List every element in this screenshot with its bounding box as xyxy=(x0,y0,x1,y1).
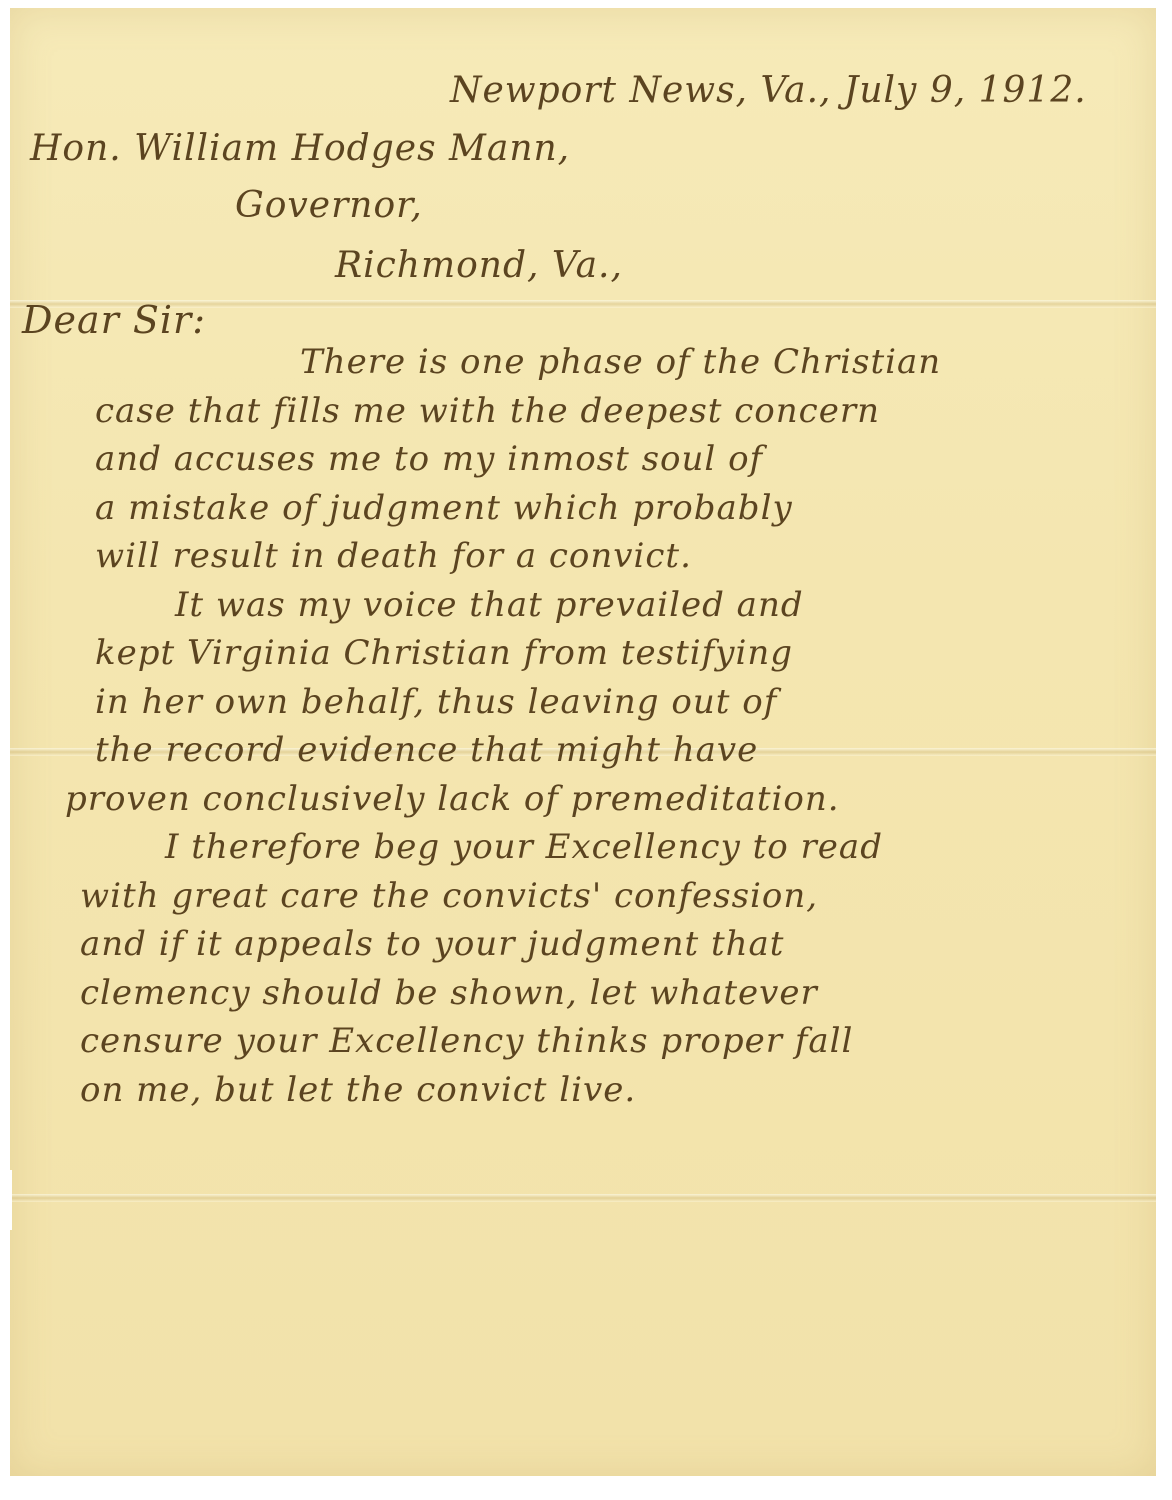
body-line: with great care the convicts' confession… xyxy=(80,876,818,916)
recipient-name: Hon. William Hodges Mann, xyxy=(30,128,570,169)
recipient-location: Richmond, Va., xyxy=(335,245,623,286)
body-line: I therefore beg your Excellency to read xyxy=(165,827,883,867)
body-line: a mistake of judgment which probably xyxy=(95,488,793,528)
body-line: There is one phase of the Christian xyxy=(300,342,941,382)
body-line: on me, but let the convict live. xyxy=(80,1070,636,1110)
body-line: proven conclusively lack of premeditatio… xyxy=(65,779,840,819)
body-line: and accuses me to my inmost soul of xyxy=(95,439,763,479)
body-line: It was my voice that prevailed and xyxy=(175,585,804,625)
body-line: in her own behalf, thus leaving out of xyxy=(95,682,777,722)
body-line: clemency should be shown, let whatever xyxy=(80,973,818,1013)
paper-fold xyxy=(10,1194,1156,1202)
dateline: Newport News, Va., July 9, 1912. xyxy=(450,70,1087,111)
body-line: and if it appeals to your judgment that xyxy=(80,924,784,964)
body-line: the record evidence that might have xyxy=(95,730,758,770)
recipient-title: Governor, xyxy=(235,185,423,226)
body-line: case that fills me with the deepest conc… xyxy=(95,391,880,431)
body-line: will result in death for a convict. xyxy=(95,536,692,576)
salutation: Dear Sir: xyxy=(22,298,206,342)
body-line: kept Virginia Christian from testifying xyxy=(95,633,793,673)
paper-edge-notch xyxy=(0,1170,12,1230)
body-line: censure your Excellency thinks proper fa… xyxy=(80,1021,853,1061)
